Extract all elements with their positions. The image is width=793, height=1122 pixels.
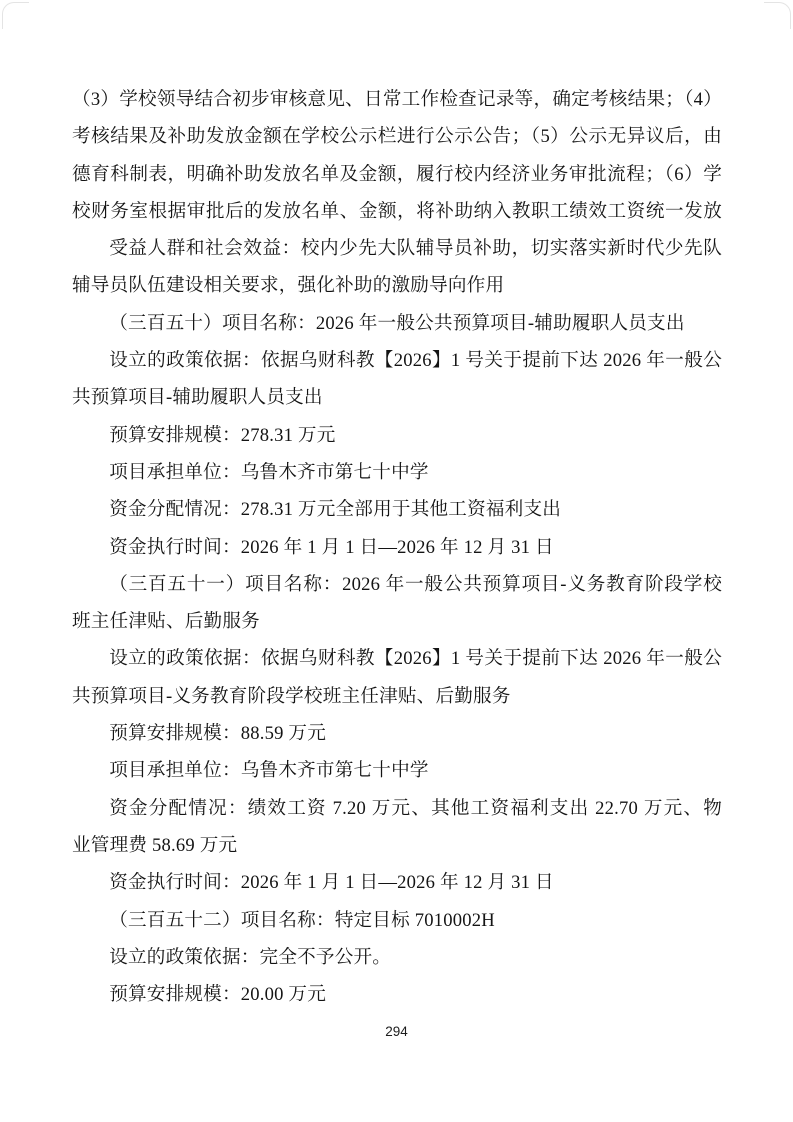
- document-line: 考核结果及补助发放金额在学校公示栏进行公示公告；（5）公示无异议后，由: [72, 118, 722, 155]
- document-line: 德育科制表，明确补助发放名单及金额，履行校内经济业务审批流程；（6）学: [72, 156, 722, 193]
- page-corner-top-left: [2, 2, 29, 29]
- document-line: 资金分配情况：绩效工资 7.20 万元、其他工资福利支出 22.70 万元、物: [72, 790, 722, 827]
- page-footer: 294: [0, 1023, 793, 1041]
- document-line: 业管理费 58.69 万元: [72, 827, 722, 864]
- document-line: （三百五十一）项目名称：2026 年一般公共预算项目-义务教育阶段学校: [72, 566, 722, 603]
- document-line: 项目承担单位：乌鲁木齐市第七十中学: [72, 454, 722, 491]
- document-line: 预算安排规模：20.00 万元: [72, 976, 722, 1013]
- document-line: 项目承担单位：乌鲁木齐市第七十中学: [72, 752, 722, 789]
- document-line: （3）学校领导结合初步审核意见、日常工作检查记录等，确定考核结果；（4）: [72, 81, 722, 118]
- document-line: 设立的政策依据：依据乌财科教【2026】1 号关于提前下达 2026 年一般公: [72, 342, 722, 379]
- document-line: 预算安排规模：278.31 万元: [72, 417, 722, 454]
- document-page: （3）学校领导结合初步审核意见、日常工作检查记录等，确定考核结果；（4） 考核结…: [0, 0, 793, 1122]
- page-number: 294: [385, 1024, 408, 1039]
- document-line: 资金执行时间：2026 年 1 月 1 日—2026 年 12 月 31 日: [72, 529, 722, 566]
- page-corner-top-right: [764, 2, 791, 29]
- document-line: 预算安排规模：88.59 万元: [72, 715, 722, 752]
- document-line: 资金执行时间：2026 年 1 月 1 日—2026 年 12 月 31 日: [72, 864, 722, 901]
- document-body: （3）学校领导结合初步审核意见、日常工作检查记录等，确定考核结果；（4） 考核结…: [72, 81, 722, 1013]
- document-viewport: { "document": { "lines": [ "（3）学校领导结合初步审…: [0, 0, 793, 1122]
- document-line: 辅导员队伍建设相关要求，强化补助的激励导向作用: [72, 267, 722, 304]
- document-line: 共预算项目-义务教育阶段学校班主任津贴、后勤服务: [72, 678, 722, 715]
- document-line: 资金分配情况：278.31 万元全部用于其他工资福利支出: [72, 491, 722, 528]
- document-line: 受益人群和社会效益：校内少先大队辅导员补助，切实落实新时代少先队: [72, 230, 722, 267]
- document-line: 班主任津贴、后勤服务: [72, 603, 722, 640]
- document-line: 设立的政策依据：依据乌财科教【2026】1 号关于提前下达 2026 年一般公: [72, 640, 722, 677]
- document-line: 设立的政策依据：完全不予公开。: [72, 939, 722, 976]
- document-line: （三百五十二）项目名称：特定目标 7010002H: [72, 902, 722, 939]
- document-line: （三百五十）项目名称：2026 年一般公共预算项目-辅助履职人员支出: [72, 305, 722, 342]
- document-line: 校财务室根据审批后的发放名单、金额，将补助纳入教职工绩效工资统一发放: [72, 193, 722, 230]
- document-line: 共预算项目-辅助履职人员支出: [72, 379, 722, 416]
